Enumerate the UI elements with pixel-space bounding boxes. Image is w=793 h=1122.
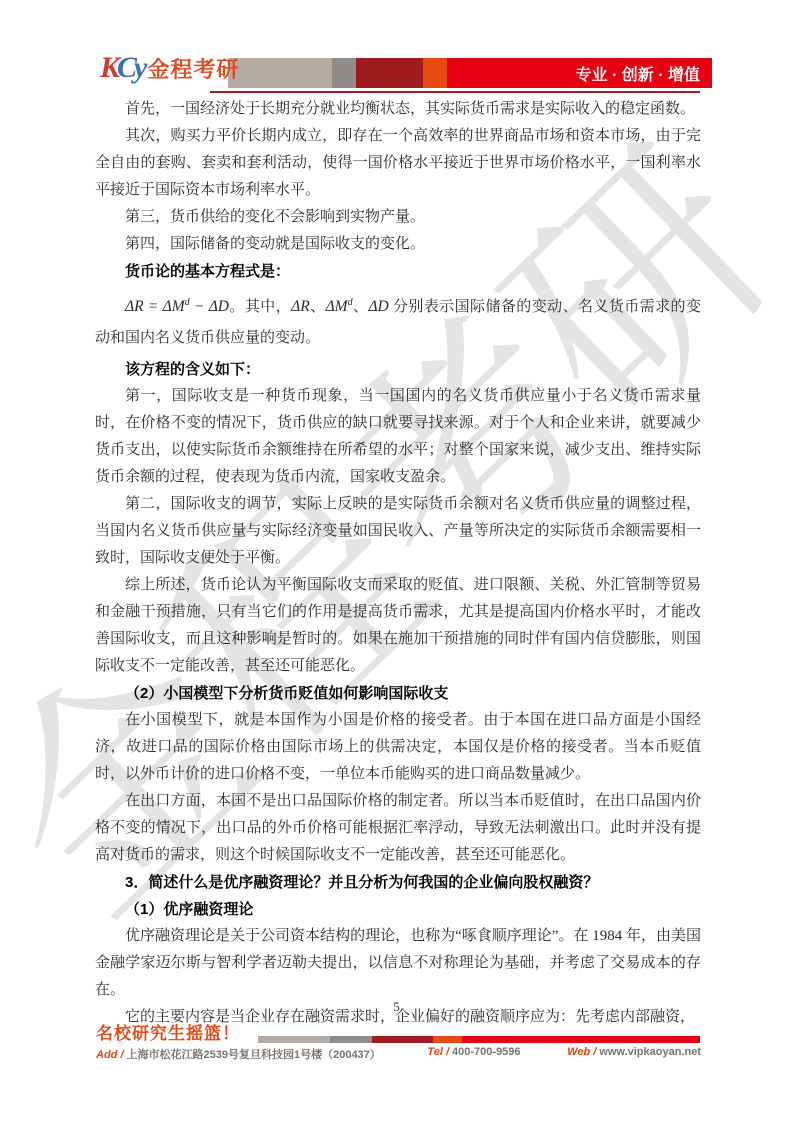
header-bar-segment: 专业 · 创新 · 增值 <box>447 58 712 88</box>
footer-color-bar <box>258 1036 700 1043</box>
section-heading: 该方程的含义如下： <box>95 356 701 383</box>
footer-bar-segment <box>372 1036 433 1043</box>
math-term: ΔD <box>368 298 388 315</box>
math-term: ΔR = ΔM <box>125 298 185 315</box>
math-term: ΔR <box>291 298 310 315</box>
logo-text: 金程考研 <box>147 58 239 82</box>
body-paragraph: 第一，国际收支是一种货币现象，当一国国内的名义货币供应量小于名义货币需求量时，在… <box>95 383 701 491</box>
logo-mark-cy: Cy <box>117 51 144 84</box>
body-paragraph: 第三，货币供给的变化不会影响到实物产量。 <box>95 204 701 231</box>
footer-bar-segment <box>433 1036 462 1043</box>
body-paragraph: 优序融资理论是关于公司资本结构的理论，也称为“啄食顺序理论”。在 1984 年，… <box>95 923 701 1004</box>
footer-contacts: Add /上海市松花江路2539号复旦科技园1号楼（200437）Tel /40… <box>96 1046 701 1062</box>
math-term: − ΔD <box>190 298 229 315</box>
footer-slogan: 名校研究生摇篮！ <box>96 1019 240 1044</box>
contact-item: Tel /400-700-9596 <box>427 1046 520 1062</box>
footer-bar-segment <box>330 1036 372 1043</box>
brand-logo: KCy 金程考研 <box>100 54 239 82</box>
body-paragraph: 综上所述，货币论认为平衡国际收支而采取的贬值、进口限额、关税、外汇管制等贸易和金… <box>95 572 701 680</box>
body-paragraph: 在小国模型下，就是本国作为小国是价格的接受者。由于本国在进口品方面是小国经济，故… <box>95 707 701 788</box>
logo-monogram-icon: KCy <box>100 54 144 82</box>
footer-bar-segment <box>462 1036 700 1043</box>
document-body: 首先，一国经济处于长期充分就业均衡状态，其实际货币需求是实际收入的稳定函数。其次… <box>95 89 701 1031</box>
header-bar-segment <box>356 58 423 88</box>
contact-label: Add / <box>96 1049 124 1061</box>
contact-value: www.vipkaoyan.net <box>599 1046 701 1058</box>
section-heading: （1）优序融资理论 <box>95 896 701 923</box>
formula-text: 、 <box>310 299 326 315</box>
body-paragraph: 第二，国际收支的调节，实际上反映的是实际货币余额对名义货币供应量的调整过程，当国… <box>95 491 701 572</box>
contact-value: 上海市松花江路2539号复旦科技园1号楼（200437） <box>127 1049 381 1061</box>
footer-bar-segment <box>258 1036 330 1043</box>
body-paragraph: 其次，购买力平价长期内成立，即存在一个高效率的世界商品市场和资本市场，由于完全自… <box>95 123 701 204</box>
section-heading: 货币论的基本方程式是： <box>95 258 701 285</box>
header-slogan: 专业 · 创新 · 增值 <box>576 62 700 85</box>
document-page: 金程考研 KCy 金程考研 专业 · 创新 · 增值 首先，一国经济处于长期充分… <box>0 0 793 1122</box>
body-paragraph: 首先，一国经济处于长期充分就业均衡状态，其实际货币需求是实际收入的稳定函数。 <box>95 96 701 123</box>
header-color-bar: 专业 · 创新 · 增值 <box>228 58 712 88</box>
contact-label: Tel / <box>427 1046 449 1058</box>
body-paragraph: 第四，国际储备的变动就是国际收支的变化。 <box>95 231 701 258</box>
formula-text: 、 <box>353 299 369 315</box>
header-bar-segment <box>423 58 447 88</box>
formula-text: 。其中， <box>229 299 291 315</box>
section-heading: （2）小国模型下分析货币贬值如何影响国际收支 <box>95 680 701 707</box>
contact-item: Web /www.vipkaoyan.net <box>567 1046 701 1062</box>
contact-item: Add /上海市松花江路2539号复旦科技园1号楼（200437） <box>96 1046 381 1062</box>
header-bar-segment <box>332 58 356 88</box>
formula-paragraph: ΔR = ΔMd − ΔD。其中，ΔR、ΔMd、ΔD 分别表示国际储备的变动、名… <box>95 287 701 354</box>
contact-value: 400-700-9596 <box>452 1046 521 1058</box>
body-paragraph: 在出口方面，本国不是出口品国际价格的制定者。所以当本币贬值时，在出口品国内价格不… <box>95 788 701 869</box>
contact-label: Web / <box>567 1046 596 1058</box>
section-heading: 3．简述什么是优序融资理论？并且分析为何我国的企业偏向股权融资？ <box>95 869 701 896</box>
logo-mark-k: K <box>100 51 117 84</box>
header-bar-segment <box>228 58 332 88</box>
math-term: ΔM <box>326 298 348 315</box>
page-number: 5 <box>0 999 793 1015</box>
